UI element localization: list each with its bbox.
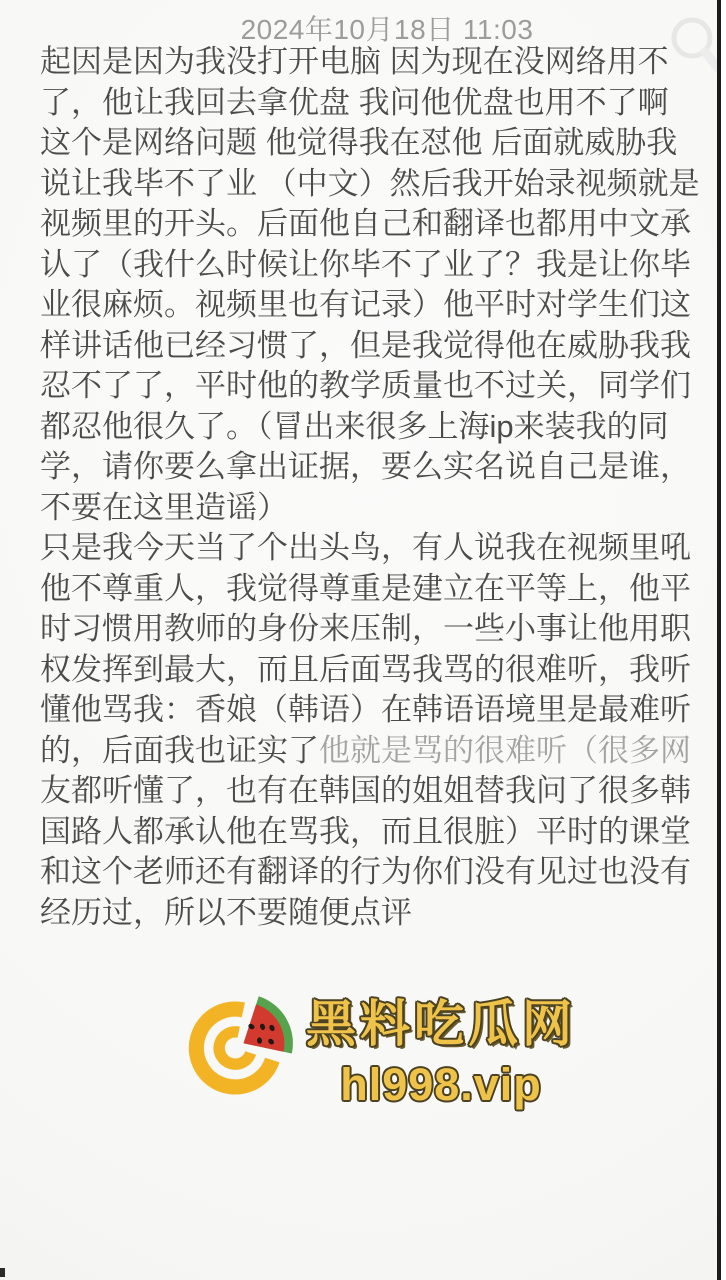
text-line: 样讲话他已经习惯了，但是我觉得他在威胁我我: [40, 326, 720, 367]
text-segment: 说让我毕不了业 （中文）然后我开始录视频就是: [40, 166, 700, 201]
text-line: 视频里的开头。后面他自己和翻译也都用中文承: [40, 204, 720, 245]
text-line: 认了（我什么时候让你毕不了业了？我是让你毕: [40, 245, 720, 286]
text-segment: 都忍他很久了。（冒出来很多上海ip来装我的同: [40, 409, 669, 444]
text-segment: 只是我今天当了个出头鸟，有人说我在视频里吼: [40, 530, 691, 565]
text-line: 和这个老师还有翻译的行为你们没有见过也没有: [40, 852, 720, 893]
watermark-text: 黑料吃瓜网 hl998.vip: [306, 984, 576, 1111]
text-segment: 经历过，所以不要随便点评: [40, 895, 412, 930]
text-segment: 学，请你要么拿出证据，要么实名说自己是谁，: [40, 449, 691, 484]
text-segment: 视频里的开头。后面他自己和翻译也都用中文承: [40, 206, 691, 241]
text-segment: 忍不了了，平时他的教学质量也不过关，同学们: [40, 368, 691, 403]
text-segment: 他不尊重人，我觉得尊重是建立在平等上，他平: [40, 571, 691, 606]
text-segment: 这个是网络问题 他觉得我在怼他 后面就威胁我: [40, 125, 677, 160]
post-text: 起因是因为我没打开电脑 因为现在没网络用不了，他让我回去拿优盘 我问他优盘也用不…: [40, 42, 720, 933]
text-segment: 样讲话他已经习惯了，但是我觉得他在威胁我我: [40, 328, 691, 363]
text-line: 起因是因为我没打开电脑 因为现在没网络用不: [40, 42, 720, 83]
watermelon-logo-icon: [184, 991, 298, 1105]
text-line: 这个是网络问题 他觉得我在怼他 后面就威胁我: [40, 123, 720, 164]
text-segment: 起因是因为我没打开电脑 因为现在没网络用不: [40, 44, 669, 79]
bottom-left-artifact: [0, 1268, 5, 1277]
text-line: 说让我毕不了业 （中文）然后我开始录视频就是: [40, 164, 720, 205]
text-line: 时习惯用教师的身份来压制，一些小事让他用职: [40, 609, 720, 650]
text-line: 友都听懂了，也有在韩国的姐姐替我问了很多韩: [40, 771, 720, 812]
text-segment: 国路人都承认他在骂我，而且很脏）平时的课堂: [40, 814, 691, 849]
text-segment: 权发挥到最大，而且后面骂我骂的很难听，我听: [40, 652, 691, 687]
text-line: 懂他骂我：香娘（韩语）在韩语语境里是最难听: [40, 690, 720, 731]
text-segment: 懂他骂我：香娘（韩语）在韩语语境里是最难听: [40, 692, 691, 727]
right-edge-white-strip: [721, 0, 726, 1280]
text-segment: 不要在这里造谣）: [40, 490, 288, 525]
text-segment: 友都听懂了，也有在韩国的姐姐替我问了很多韩: [40, 773, 691, 808]
highlighted-text-segment: 他就是骂的很难听（很多网: [319, 733, 691, 768]
text-segment: 认了（我什么时候让你毕不了业了？我是让你毕: [40, 247, 691, 282]
text-segment: 和这个老师还有翻译的行为你们没有见过也没有: [40, 854, 691, 889]
text-segment: 业很麻烦。视频里也有记录）他平时对学生们这: [40, 287, 691, 322]
watermark: 黑料吃瓜网 hl998.vip: [184, 984, 576, 1111]
text-segment: 的，后面我也证实了: [40, 733, 319, 768]
text-line: 国路人都承认他在骂我，而且很脏）平时的课堂: [40, 812, 720, 853]
text-line: 业很麻烦。视频里也有记录）他平时对学生们这: [40, 285, 720, 326]
text-segment: 时习惯用教师的身份来压制，一些小事让他用职: [40, 611, 691, 646]
text-segment: 了，他让我回去拿优盘 我问他优盘也用不了啊: [40, 85, 669, 120]
text-line: 权发挥到最大，而且后面骂我骂的很难听，我听: [40, 650, 720, 691]
text-line: 忍不了了，平时他的教学质量也不过关，同学们: [40, 366, 720, 407]
watermark-site-name: 黑料吃瓜网: [306, 984, 576, 1056]
text-line: 都忍他很久了。（冒出来很多上海ip来装我的同: [40, 407, 720, 448]
text-line: 了，他让我回去拿优盘 我问他优盘也用不了啊: [40, 83, 720, 124]
text-line: 经历过，所以不要随便点评: [40, 893, 720, 934]
text-line: 学，请你要么拿出证据，要么实名说自己是谁，: [40, 447, 720, 488]
text-line: 不要在这里造谣）: [40, 488, 720, 529]
screenshot-root: 2024年10月18日 11:03 起因是因为我没打开电脑 因为现在没网络用不了…: [0, 0, 726, 1280]
text-line: 他不尊重人，我觉得尊重是建立在平等上，他平: [40, 569, 720, 610]
text-line: 只是我今天当了个出头鸟，有人说我在视频里吼: [40, 528, 720, 569]
text-line: 的，后面我也证实了他就是骂的很难听（很多网: [40, 731, 720, 772]
watermark-site-url: hl998.vip: [340, 1059, 542, 1111]
